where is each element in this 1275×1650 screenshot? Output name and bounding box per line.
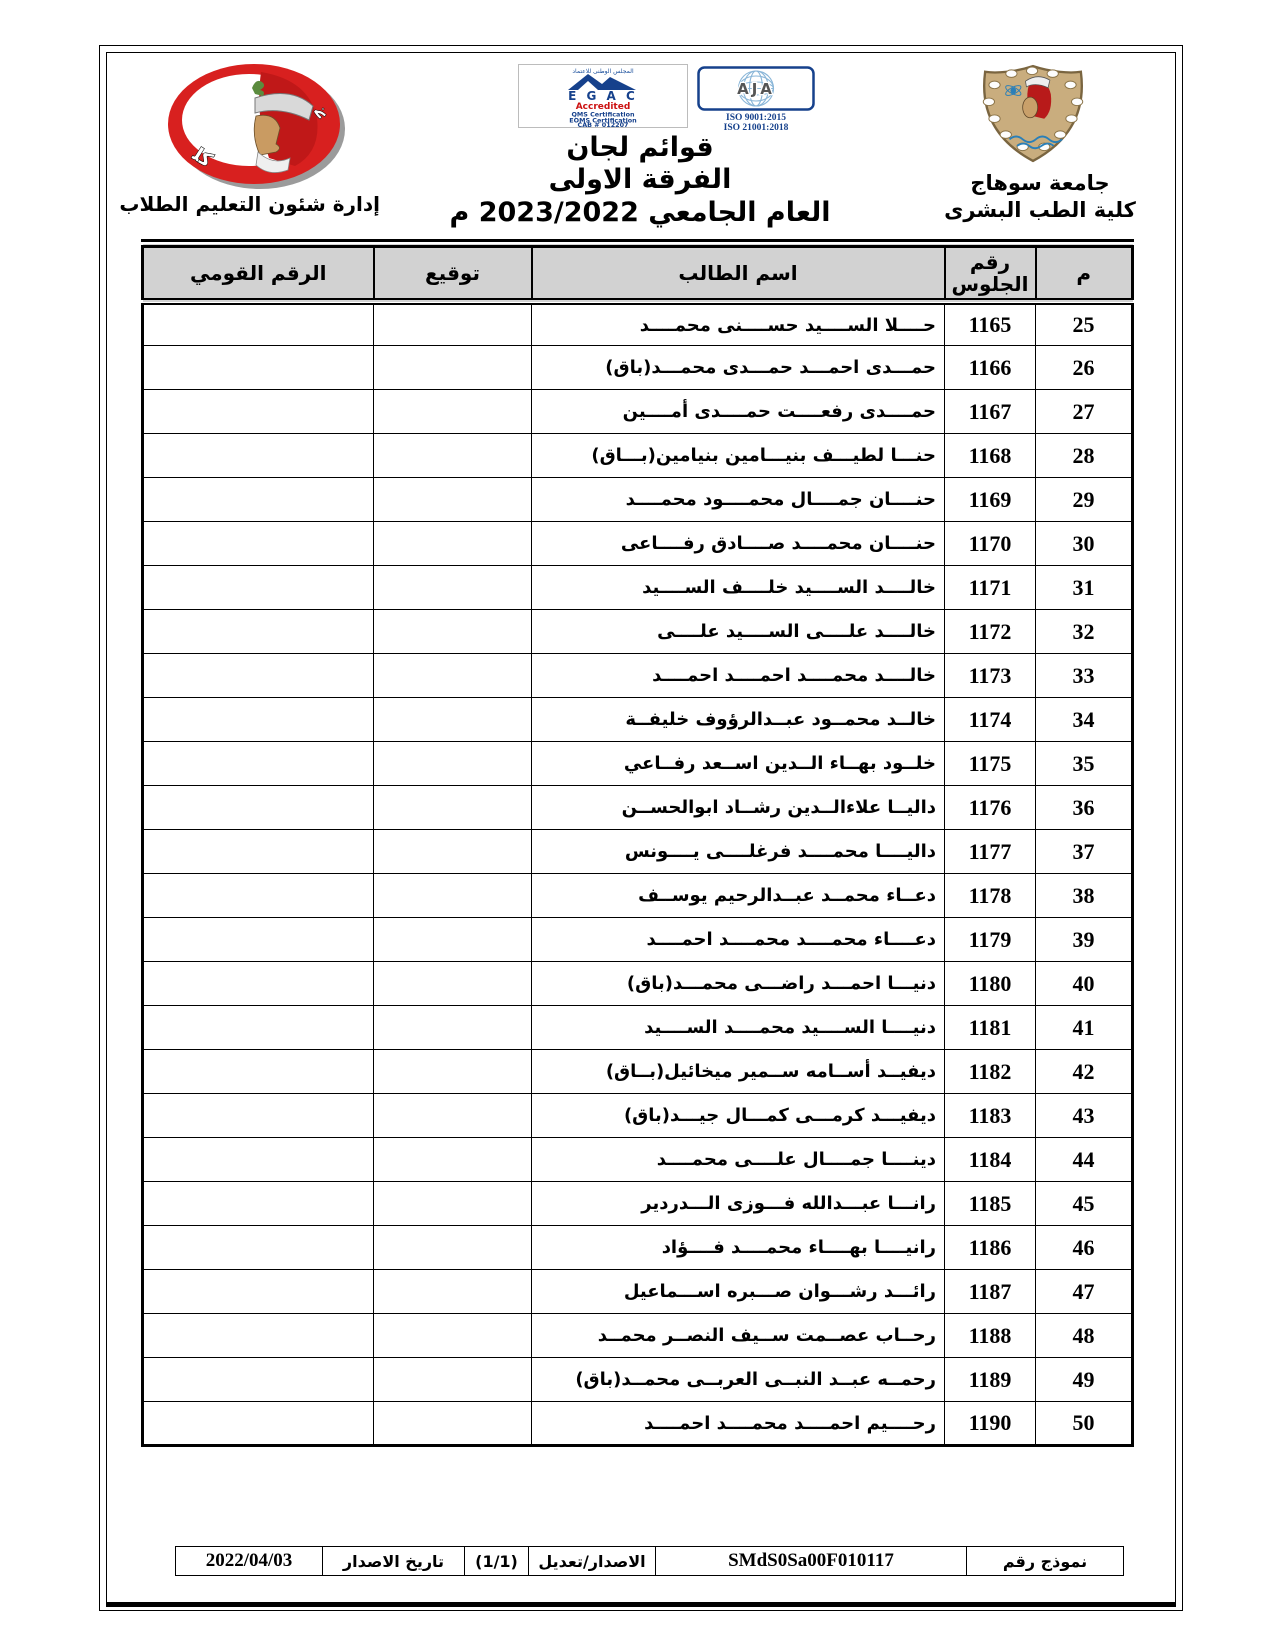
signature-cell: [374, 698, 532, 742]
egac-letters: E G A C: [568, 89, 638, 103]
national-id-cell: [143, 1050, 374, 1094]
student-name: خالــــد الســــيد خلــــف الســــيد: [532, 566, 945, 610]
row-number: 48: [1036, 1314, 1133, 1358]
issue-edit-value: (1/1): [465, 1547, 529, 1576]
aja-letters: AJA: [737, 80, 775, 98]
department-label: إدارة شئون التعليم الطلاب: [148, 192, 380, 216]
national-id-cell: [143, 1402, 374, 1446]
national-id-cell: [143, 434, 374, 478]
national-id-cell: [143, 742, 374, 786]
signature-cell: [374, 478, 532, 522]
faculty-name: كلية الطب البشرى: [930, 197, 1150, 224]
row-number: 44: [1036, 1138, 1133, 1182]
student-name: داليــــا محمــــد فرغلــــى يــــونس: [532, 830, 945, 874]
student-name: دعــاء محمــد عبــدالرحيم يوســف: [532, 874, 945, 918]
issue-date-label: تاريخ الاصدار: [323, 1547, 465, 1576]
national-id-cell: [143, 390, 374, 434]
faculty-crescent-logo-icon: جامعة سوهاج كلية الطب: [158, 58, 350, 192]
table-row: 49 1189 رحمــه عبــد النبــى العربــى مح…: [143, 1358, 1133, 1402]
signature-cell: [374, 1006, 532, 1050]
egac-cab-line: CAB # 012207: [578, 121, 629, 128]
table-row: 46 1186 رانيــــا بهــــاء محمــــد فـــ…: [143, 1226, 1133, 1270]
signature-cell: [374, 522, 532, 566]
student-name: رانـــا عبـــدالله فـــوزى الـــدردير: [532, 1182, 945, 1226]
row-number: 36: [1036, 786, 1133, 830]
student-name: خلــود بهــاء الــدين اســعد رفــاعي: [532, 742, 945, 786]
student-name: دينــــا جمــــال علــــى محمــــد: [532, 1138, 945, 1182]
table-row: 27 1167 حمــــدى رفعــــت حمــــدى أمـــ…: [143, 390, 1133, 434]
seat-number: 1176: [945, 786, 1036, 830]
row-number: 47: [1036, 1270, 1133, 1314]
national-id-cell: [143, 786, 374, 830]
col-header-signature: توقيع: [374, 244, 532, 302]
signature-cell: [374, 566, 532, 610]
student-name: ديفيـــد كرمـــى كمـــال جيـــد(باق): [532, 1094, 945, 1138]
table-row: 34 1174 خالــد محمــود عبــدالرؤوف خليفـ…: [143, 698, 1133, 742]
signature-cell: [374, 1182, 532, 1226]
student-name: حنــــان محمــــد صــــادق رفــــاعى: [532, 522, 945, 566]
table-row: 30 1170 حنــــان محمــــد صــــادق رفـــ…: [143, 522, 1133, 566]
national-id-cell: [143, 698, 374, 742]
student-name: رحــــيم احمــــد محمــــد احمــــد: [532, 1402, 945, 1446]
student-name: حمـــدى احمـــد حمـــدى محمـــد(باق): [532, 346, 945, 390]
national-id-cell: [143, 610, 374, 654]
seat-number: 1172: [945, 610, 1036, 654]
seat-number: 1166: [945, 346, 1036, 390]
table-row: 31 1171 خالــــد الســــيد خلــــف الســ…: [143, 566, 1133, 610]
student-name: دنيــــا الســــيد محمــــد الســــيد: [532, 1006, 945, 1050]
table-header-row: م رقم الجلوس اسم الطالب توقيع الرقم القو…: [143, 244, 1133, 302]
national-id-cell: [143, 1314, 374, 1358]
row-number: 34: [1036, 698, 1133, 742]
signature-cell: [374, 1138, 532, 1182]
national-id-cell: [143, 478, 374, 522]
signature-cell: [374, 346, 532, 390]
student-name: حمــــدى رفعــــت حمــــدى أمــــين: [532, 390, 945, 434]
seat-number: 1165: [945, 302, 1036, 346]
student-name: ديفيــد أســامه ســمير ميخائيل(بــاق): [532, 1050, 945, 1094]
seat-number: 1184: [945, 1138, 1036, 1182]
row-number: 40: [1036, 962, 1133, 1006]
student-name: دنيـــا احمـــد راضـــى محمـــد(باق): [532, 962, 945, 1006]
document-page: جامعة سوهاج كلية الطب إدارة شئون التعليم…: [0, 0, 1275, 1650]
row-number: 46: [1036, 1226, 1133, 1270]
seat-number: 1170: [945, 522, 1036, 566]
student-name: داليــا علاءالــدين رشــاد ابوالحســن: [532, 786, 945, 830]
table-row: 32 1172 خالــــد علــــى الســــيد علـــ…: [143, 610, 1133, 654]
row-number: 28: [1036, 434, 1133, 478]
table-row: 41 1181 دنيــــا الســــيد محمــــد السـ…: [143, 1006, 1133, 1050]
signature-cell: [374, 610, 532, 654]
table-row: 44 1184 دينــــا جمــــال علــــى محمـــ…: [143, 1138, 1133, 1182]
table-row: 35 1175 خلــود بهــاء الــدين اســعد رفـ…: [143, 742, 1133, 786]
table-row: 37 1177 داليــــا محمــــد فرغلــــى يــ…: [143, 830, 1133, 874]
row-number: 50: [1036, 1402, 1133, 1446]
signature-cell: [374, 1402, 532, 1446]
aja-iso1-label: ISO 9001:2015: [726, 113, 786, 123]
table-row: 25 1165 حــــلا الســــيد حســــنى محمــ…: [143, 302, 1133, 346]
student-name: خالــــد محمــــد احمــــد احمــــد: [532, 654, 945, 698]
seat-number: 1181: [945, 1006, 1036, 1050]
signature-cell: [374, 918, 532, 962]
form-code-value: SMdS0Sa00F010117: [656, 1547, 967, 1576]
row-number: 37: [1036, 830, 1133, 874]
seat-number: 1169: [945, 478, 1036, 522]
row-number: 33: [1036, 654, 1133, 698]
row-number: 35: [1036, 742, 1133, 786]
table-row: 40 1180 دنيـــا احمـــد راضـــى محمـــد(…: [143, 962, 1133, 1006]
national-id-cell: [143, 1182, 374, 1226]
national-id-cell: [143, 346, 374, 390]
form-number-label: نموذج رقم: [967, 1547, 1124, 1576]
national-id-cell: [143, 962, 374, 1006]
university-faculty-text: جامعة سوهاج كلية الطب البشرى: [930, 170, 1150, 225]
egac-arc-text: المجلس الوطنى للاعتماد: [572, 68, 634, 75]
signature-cell: [374, 1270, 532, 1314]
table-row: 36 1176 داليــا علاءالــدين رشــاد ابوال…: [143, 786, 1133, 830]
table-row: 50 1190 رحــــيم احمــــد محمــــد احمــ…: [143, 1402, 1133, 1446]
seat-number: 1177: [945, 830, 1036, 874]
signature-cell: [374, 1050, 532, 1094]
signature-cell: [374, 1314, 532, 1358]
students-tbody: 25 1165 حــــلا الســــيد حســــنى محمــ…: [143, 302, 1133, 1446]
seat-number: 1168: [945, 434, 1036, 478]
table-row: 28 1168 حنـــا لطيـــف بنيـــامين بنيامي…: [143, 434, 1133, 478]
seat-number: 1167: [945, 390, 1036, 434]
seat-number: 1189: [945, 1358, 1036, 1402]
seat-number: 1179: [945, 918, 1036, 962]
seat-number: 1187: [945, 1270, 1036, 1314]
university-shield-logo-icon: [972, 60, 1094, 168]
row-number: 30: [1036, 522, 1133, 566]
row-number: 41: [1036, 1006, 1133, 1050]
table-row: 33 1173 خالــــد محمــــد احمــــد احمــ…: [143, 654, 1133, 698]
title-committee-lists: قوائم لجان: [420, 132, 860, 164]
national-id-cell: [143, 1270, 374, 1314]
national-id-cell: [143, 654, 374, 698]
seat-number: 1190: [945, 1402, 1036, 1446]
student-name: رانيــــا بهــــاء محمــــد فــــؤاد: [532, 1226, 945, 1270]
signature-cell: [374, 1094, 532, 1138]
row-number: 39: [1036, 918, 1133, 962]
row-number: 43: [1036, 1094, 1133, 1138]
signature-cell: [374, 874, 532, 918]
national-id-cell: [143, 1006, 374, 1050]
seat-number: 1183: [945, 1094, 1036, 1138]
signature-cell: [374, 654, 532, 698]
row-number: 26: [1036, 346, 1133, 390]
national-id-cell: [143, 522, 374, 566]
students-table: م رقم الجلوس اسم الطالب توقيع الرقم القو…: [141, 239, 1134, 1447]
title-first-year: الفرقة الاولى: [420, 164, 860, 196]
table-row: 48 1188 رحــاب عصــمت ســيف النصــر محمـ…: [143, 1314, 1133, 1358]
national-id-cell: [143, 302, 374, 346]
national-id-cell: [143, 1226, 374, 1270]
row-number: 25: [1036, 302, 1133, 346]
row-number: 38: [1036, 874, 1133, 918]
national-id-cell: [143, 1138, 374, 1182]
table-row: 38 1178 دعــاء محمــد عبــدالرحيم يوســف: [143, 874, 1133, 918]
national-id-cell: [143, 1358, 374, 1402]
row-number: 45: [1036, 1182, 1133, 1226]
title-academic-year: العام الجامعي 2023/2022 م: [420, 197, 860, 229]
form-metadata-row: نموذج رقم SMdS0Sa00F010117 الاصدار/تعديل…: [176, 1547, 1124, 1576]
table-row: 39 1179 دعــــاء محمــــد محمــــد احمــ…: [143, 918, 1133, 962]
col-header-seat-number: رقم الجلوس: [945, 244, 1036, 302]
signature-cell: [374, 302, 532, 346]
signature-cell: [374, 786, 532, 830]
student-name: حــــلا الســــيد حســــنى محمــــد: [532, 302, 945, 346]
seat-number: 1173: [945, 654, 1036, 698]
seat-number: 1185: [945, 1182, 1036, 1226]
national-id-cell: [143, 874, 374, 918]
row-number: 31: [1036, 566, 1133, 610]
signature-cell: [374, 962, 532, 1006]
student-name: رحمــه عبــد النبــى العربــى محمــد(باق…: [532, 1358, 945, 1402]
signature-cell: [374, 830, 532, 874]
seat-number: 1174: [945, 698, 1036, 742]
signature-cell: [374, 1358, 532, 1402]
student-name: خالــــد علــــى الســــيد علــــى: [532, 610, 945, 654]
student-name: رحــاب عصــمت ســيف النصــر محمــد: [532, 1314, 945, 1358]
signature-cell: [374, 390, 532, 434]
seat-number: 1171: [945, 566, 1036, 610]
row-number: 49: [1036, 1358, 1133, 1402]
table-row: 47 1187 رائـــد رشـــوان صـــبره اســـما…: [143, 1270, 1133, 1314]
student-name: رائـــد رشـــوان صـــبره اســـماعيل: [532, 1270, 945, 1314]
national-id-cell: [143, 830, 374, 874]
seat-number: 1180: [945, 962, 1036, 1006]
row-number: 27: [1036, 390, 1133, 434]
seat-number: 1178: [945, 874, 1036, 918]
national-id-cell: [143, 1094, 374, 1138]
student-name: خالــد محمــود عبــدالرؤوف خليفــة: [532, 698, 945, 742]
aja-iso-logo-icon: AJA ISO 9001:2015 ISO 21001:2018: [697, 66, 815, 132]
issue-edit-label: الاصدار/تعديل: [529, 1547, 656, 1576]
seat-number: 1175: [945, 742, 1036, 786]
university-name: جامعة سوهاج: [930, 170, 1150, 197]
issue-date-value: 2022/04/03: [176, 1547, 323, 1576]
aja-iso2-label: ISO 21001:2018: [724, 123, 789, 132]
student-name: حنـــا لطيـــف بنيـــامين بنيامين(بـــاق…: [532, 434, 945, 478]
col-header-national-id: الرقم القومي: [143, 244, 374, 302]
row-number: 42: [1036, 1050, 1133, 1094]
student-name: حنــــان جمــــال محمــــود محمــــد: [532, 478, 945, 522]
signature-cell: [374, 1226, 532, 1270]
signature-cell: [374, 434, 532, 478]
table-row: 29 1169 حنــــان جمــــال محمــــود محمـ…: [143, 478, 1133, 522]
seat-number: 1182: [945, 1050, 1036, 1094]
seat-number: 1186: [945, 1226, 1036, 1270]
table-row: 43 1183 ديفيـــد كرمـــى كمـــال جيـــد(…: [143, 1094, 1133, 1138]
col-header-student-name: اسم الطالب: [532, 244, 945, 302]
signature-cell: [374, 742, 532, 786]
seat-number: 1188: [945, 1314, 1036, 1358]
table-row: 45 1185 رانـــا عبـــدالله فـــوزى الـــ…: [143, 1182, 1133, 1226]
table-row: 42 1182 ديفيــد أســامه ســمير ميخائيل(ب…: [143, 1050, 1133, 1094]
row-number: 32: [1036, 610, 1133, 654]
egac-accreditation-logo-icon: المجلس الوطنى للاعتماد E G A C Accredite…: [518, 64, 688, 128]
national-id-cell: [143, 566, 374, 610]
row-number: 29: [1036, 478, 1133, 522]
form-metadata-table: نموذج رقم SMdS0Sa00F010117 الاصدار/تعديل…: [175, 1546, 1124, 1576]
table-row: 26 1166 حمـــدى احمـــد حمـــدى محمـــد(…: [143, 346, 1133, 390]
national-id-cell: [143, 918, 374, 962]
col-header-m: م: [1036, 244, 1133, 302]
student-name: دعــــاء محمــــد محمــــد احمــــد: [532, 918, 945, 962]
document-titles: قوائم لجان الفرقة الاولى العام الجامعي 2…: [420, 132, 860, 229]
